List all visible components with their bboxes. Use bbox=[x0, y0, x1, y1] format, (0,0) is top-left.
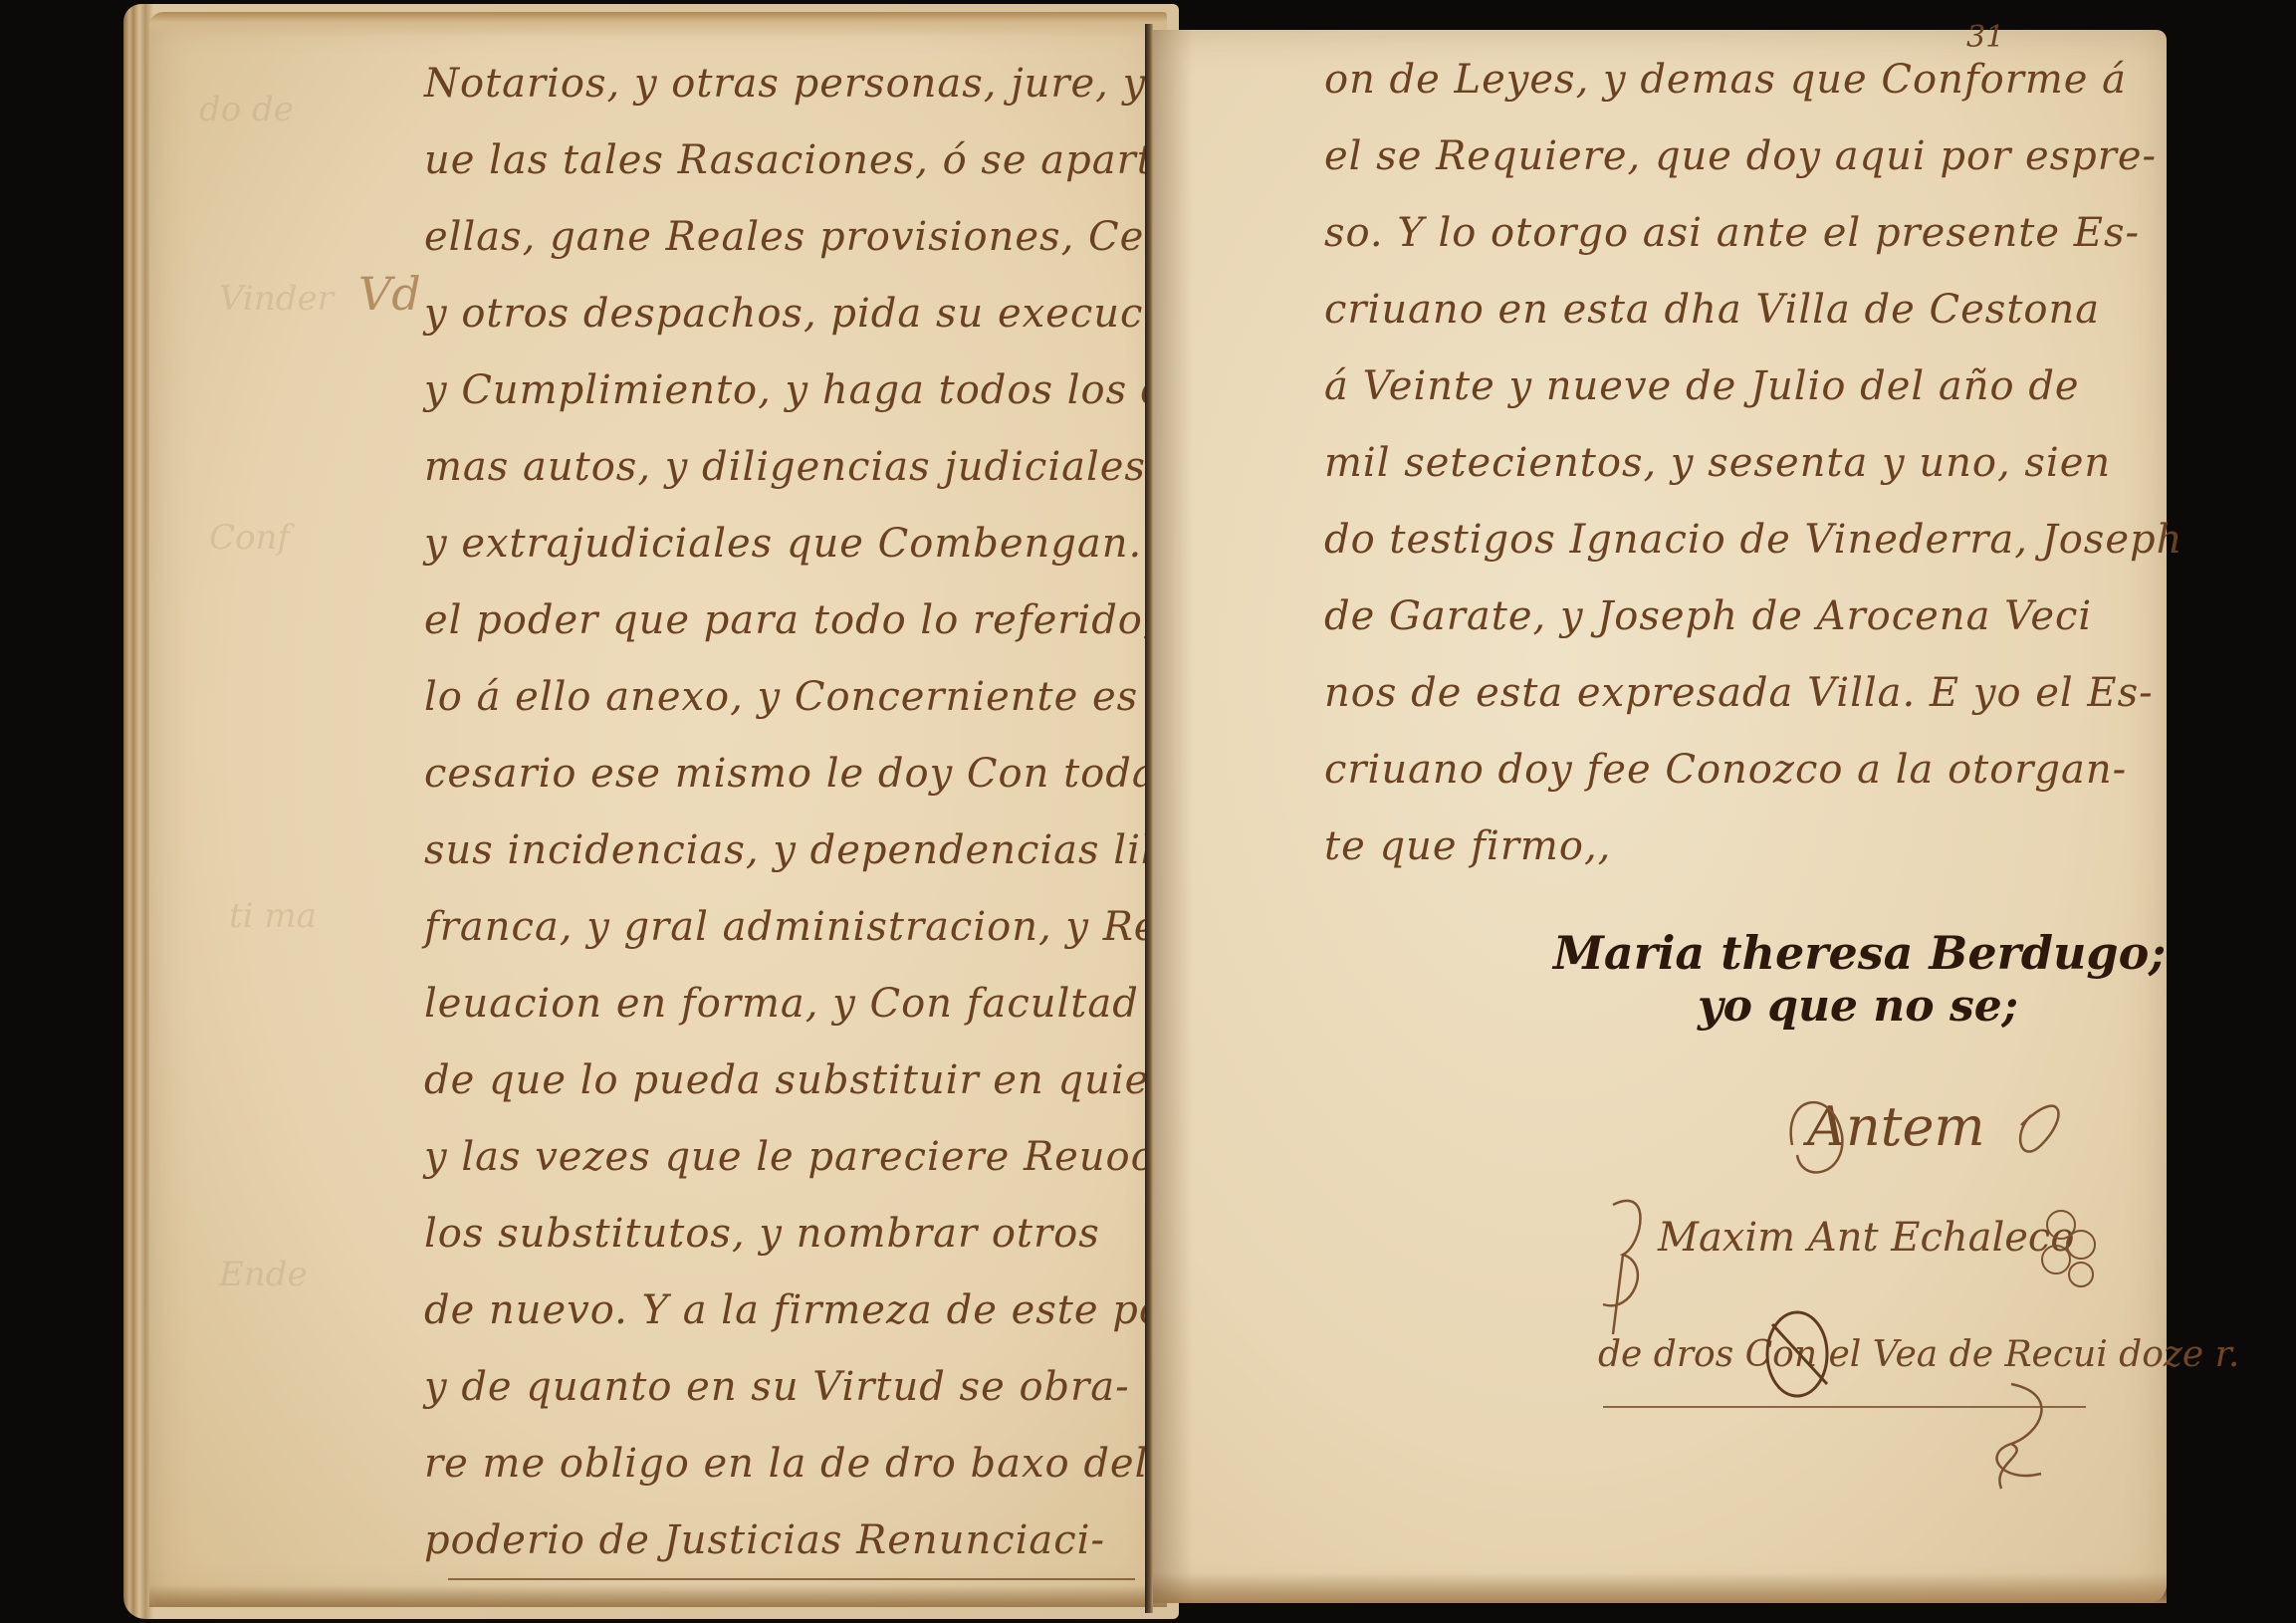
text-line: criuano en esta dha Villa de Cestona bbox=[1324, 272, 2121, 348]
text-line: cesario ese mismo le doy Con todas bbox=[424, 736, 1141, 812]
text-line: y las vezes que le pareciere Reuocar bbox=[424, 1119, 1141, 1196]
text-line: lo á ello anexo, y Concerniente es ne- bbox=[424, 659, 1141, 736]
text-line: y de quanto en su Virtud se obra- bbox=[424, 1349, 1141, 1426]
text-line: los substitutos, y nombrar otros bbox=[424, 1196, 1141, 1273]
book-gutter bbox=[1145, 24, 1153, 1613]
text-line: te que firmo,, bbox=[1324, 809, 2121, 885]
bleed-through-text: do de bbox=[199, 90, 294, 129]
text-line: Notarios, y otras personas, jure, y pru- bbox=[424, 46, 1141, 122]
text-line: y Cumplimiento, y haga todos los de- bbox=[424, 352, 1141, 429]
flourish-icon bbox=[1772, 1075, 2091, 1195]
text-line: criuano doy fee Conozco a la otorgan- bbox=[1324, 732, 2121, 809]
text-line: á Veinte y nueve de Julio del año de bbox=[1324, 348, 2121, 425]
text-line: sus incidencias, y dependencias libre, bbox=[424, 812, 1141, 889]
right-page-text: on de Leyes, y demas que Conforme á el s… bbox=[1324, 42, 2121, 885]
text-line: y otros despachos, pida su execucion bbox=[424, 276, 1141, 352]
bleed-through-text: Vinder bbox=[219, 279, 334, 319]
gutter-shadow bbox=[1153, 30, 1193, 1603]
text-line: leuacion en forma, y Con facultad bbox=[424, 966, 1141, 1043]
flourish-icon bbox=[1952, 1374, 2091, 1494]
bleed-through-text: ti ma bbox=[229, 896, 317, 936]
text-line: on de Leyes, y demas que Conforme á bbox=[1324, 42, 2121, 118]
margin-annotation: Vd bbox=[358, 267, 421, 321]
text-line: ellas, gane Reales provisiones, Cedulas bbox=[424, 199, 1141, 276]
text-line: so. Y lo otorgo asi ante el presente Es- bbox=[1324, 195, 2121, 272]
text-line: ue las tales Rasaciones, ó se aparte de bbox=[424, 122, 1141, 199]
closing-rule bbox=[448, 1578, 1135, 1580]
text-line: y extrajudiciales que Combengan. Que bbox=[424, 506, 1141, 582]
open-manuscript-book: do de Vinder Conf ti ma Ende Vd Notarios… bbox=[0, 0, 2296, 1623]
text-line: nos de esta expresada Villa. E yo el Es- bbox=[1324, 655, 2121, 732]
left-page-text: Notarios, y otras personas, jure, y pru-… bbox=[424, 46, 1141, 1579]
text-line: mas autos, y diligencias judiciales bbox=[424, 429, 1141, 506]
text-line: el se Requiere, que doy aqui por espre- bbox=[1324, 118, 2121, 195]
text-line: poderio de Justicias Renunciaci- bbox=[424, 1503, 1141, 1579]
text-line: mil setecientos, y sesenta y uno, sien bbox=[1324, 425, 2121, 502]
text-line: re me obligo en la de dro baxo del bbox=[424, 1426, 1141, 1503]
text-line: de Garate, y Joseph de Arocena Veci bbox=[1324, 579, 2121, 655]
text-line: de que lo pueda substituir en quien bbox=[424, 1043, 1141, 1119]
text-line: franca, y gral administracion, y Re- bbox=[424, 889, 1141, 966]
text-line: do testigos Ignacio de Vinederra, Joseph bbox=[1324, 502, 2121, 579]
signature-maria-theresa: Maria theresa Berdugo; bbox=[1553, 926, 2166, 980]
bleed-through-text: Conf bbox=[209, 518, 290, 558]
signature-note: yo que no se; bbox=[1698, 981, 2018, 1032]
text-line: el poder que para todo lo referido, y bbox=[424, 582, 1141, 659]
text-line: de nuevo. Y a la firmeza de este poder bbox=[424, 1273, 1141, 1349]
bleed-through-text: Ende bbox=[219, 1255, 308, 1294]
